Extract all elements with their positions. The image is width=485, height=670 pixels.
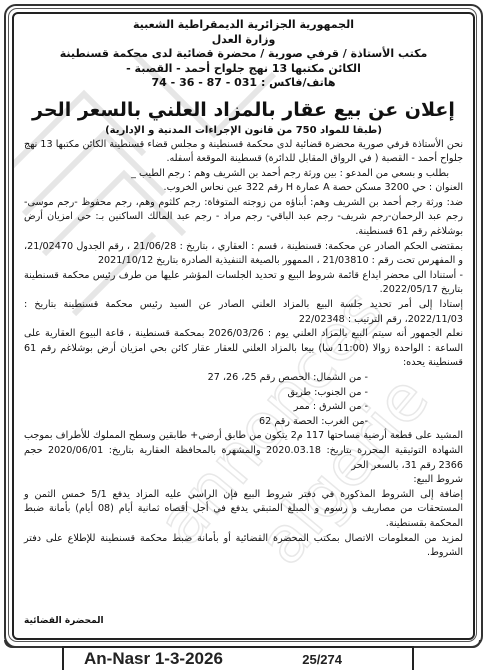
paragraph-defendants: ضد: ورثة رجم أحمد بن الشريف وهم: أبناؤه …: [24, 196, 463, 240]
issuer-header: الجمهورية الجزائرية الديمقراطية الشعبية …: [24, 18, 463, 91]
paragraph-address: العنوان : حي 3200 مسكن حصة A عمارة H رقم…: [24, 181, 463, 196]
paragraph-judgment: بمقتضى الحكم الصادر عن محكمة: قسنطينة ، …: [24, 240, 463, 269]
notice-content: الجمهورية الجزائرية الديمقراطية الشعبية …: [14, 14, 473, 638]
notice-panel: annonces algerie الجمهورية الجزائرية الد…: [12, 12, 475, 640]
signature: المحضرة القضائية: [24, 616, 104, 626]
property-boundaries: - من الشمال: الحصص رقم 25، 26، 27 - من ا…: [24, 371, 463, 429]
paragraph-bailiff: نحن الأستاذة قرفي صورية محضرة قضائية لدى…: [24, 138, 463, 167]
paragraph-property-description: المشيد على قطعة أرضية مساحتها 117 م2 يتك…: [24, 429, 463, 473]
ad-reference: 25/274: [302, 652, 342, 667]
sale-conditions-heading: شروط البيع:: [24, 473, 463, 488]
bailiff-office: مكتب الأستاذة / قرفي صورية / محضرة قضائي…: [24, 47, 463, 62]
boundary-south: - من الجنوب: طريق: [24, 386, 368, 401]
paragraph-plaintiff: بطلب و بسعي من المدعو : بين ورثة رجم أحم…: [24, 167, 463, 182]
boundary-north: - من الشمال: الحصص رقم 25، 26، 27: [24, 371, 368, 386]
phone-number: 74 - 36 - 87 - 031: [152, 76, 258, 89]
border-bridge-right: [406, 640, 481, 648]
republic-name: الجمهورية الجزائرية الديمقراطية الشعبية: [24, 18, 463, 33]
office-phone: هاتف/فاكس : 74 - 36 - 87 - 031: [24, 76, 463, 91]
boundary-west: -من الغرب: الحصة رقم 62: [24, 415, 368, 430]
notice-body: نحن الأستاذة قرفي صورية محضرة قضائية لدى…: [24, 138, 463, 561]
phone-label: هاتف/فاكس :: [261, 76, 336, 89]
boundary-east: - من الشرق : ممر: [24, 400, 368, 415]
ministry-name: وزارة العدل: [24, 33, 463, 48]
paragraph-contact-info: لمزيد من المعلومات الاتصال بمكتب المحضرة…: [24, 532, 463, 561]
office-address: الكائن مكتبها 13 نهج جلواح أحمد - القصبة…: [24, 62, 463, 77]
border-bridge-left: [4, 640, 66, 648]
paragraph-order: إستادا إلى أمر تحديد جلسة البيع بالمزاد …: [24, 298, 463, 327]
newspaper-date: An-Nasr 1-3-2026: [84, 649, 223, 669]
paragraph-sale-date: نعلم الجمهور أنه سيتم البيع بالمزاد العل…: [24, 327, 463, 371]
paragraph-payment-terms: إضافة إلى الشروط المذكورة في دفتر شروط ا…: [24, 488, 463, 532]
publication-footer: An-Nasr 1-3-2026 25/274: [62, 646, 414, 670]
notice-legal-basis: (طبقا للمواد 750 من قانون الإجراءات المد…: [24, 124, 463, 138]
paragraph-deposit: - أستنادا الى محضر ايداع قائمة شروط البي…: [24, 269, 463, 298]
notice-title: إعلان عن بيع عقار بالمزاد العلني بالسعر …: [24, 98, 463, 122]
